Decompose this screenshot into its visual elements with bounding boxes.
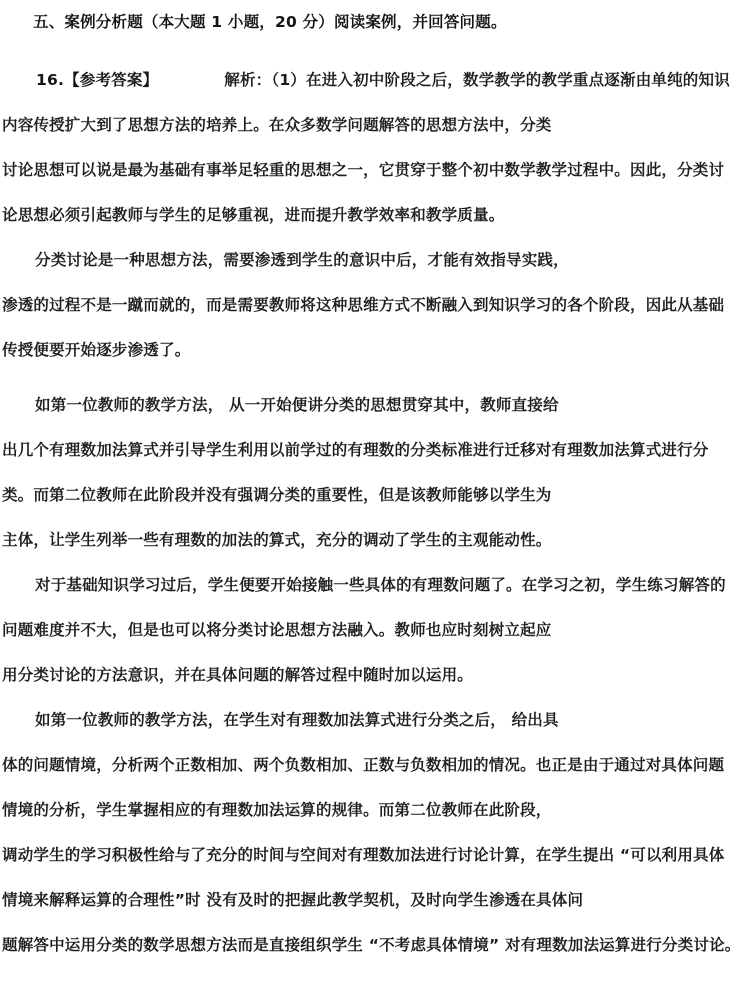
- body-line: 调动学生的学习积极性给与了充分的时间与空间对有理数加法进行讨论计算，在学生提出 …: [2, 833, 739, 878]
- body-line: 论思想必须引起教师与学生的足够重视，进而提升教学效率和教学质量。: [2, 193, 739, 238]
- body-line: 题解答中运用分类的数学思想方法而是直接组织学生 “不考虑具体情境” 对有理数加法…: [2, 923, 739, 968]
- body-line: 如第一位教师的教学方法， 从一开始便讲分类的思想贯穿其中，教师直接给: [2, 383, 739, 428]
- body-line: 传授便要开始逐步渗透了。: [2, 328, 739, 373]
- body-line: 情境的分析，学生掌握相应的有理数加法运算的规律。而第二位教师在此阶段，: [2, 788, 739, 833]
- body-line: 渗透的过程不是一蹴而就的，而是需要教师将这种思维方式不断融入到知识学习的各个阶段…: [2, 283, 739, 328]
- body-line: 用分类讨论的方法意识，并在具体问题的解答过程中随时加以运用。: [2, 653, 739, 698]
- document-page: 五、案例分析题（本大题 1 小题，20 分）阅读案例，并回答问题。 16.【参考…: [0, 0, 739, 989]
- body-line: 对于基础知识学习过后，学生便要开始接触一些具体的有理数问题了。在学习之初，学生练…: [2, 563, 739, 608]
- body-line: 体的问题情境，分析两个正数相加、两个负数相加、正数与负数相加的情况。也正是由于通…: [2, 743, 739, 788]
- body-line: 内容传授扩大到了思想方法的培养上。在众多数学问题解答的思想方法中，分类: [2, 103, 739, 148]
- section-heading: 五、案例分析题（本大题 1 小题，20 分）阅读案例，并回答问题。: [2, 0, 739, 45]
- answer-number-label: 16.【参考答案】: [36, 71, 158, 89]
- body-line: 类。而第二位教师在此阶段并没有强调分类的重要性，但是该教师能够以学生为: [2, 473, 739, 518]
- body-line: 出几个有理数加法算式并引导学生利用以前学过的有理数的分类标准进行迁移对有理数加法…: [2, 428, 739, 473]
- body-line: 分类讨论是一种思想方法，需要渗透到学生的意识中后，才能有效指导实践，: [2, 238, 739, 283]
- analysis-lead-text: 解析：（1）在进入初中阶段之后，数学教学的教学重点逐渐由单纯的知识: [224, 71, 730, 89]
- body-line: 如第一位教师的教学方法，在学生对有理数加法算式进行分类之后， 给出具: [2, 698, 739, 743]
- body-line: 情境来解释运算的合理性”时 没有及时的把握此教学契机，及时向学生渗透在具体问: [2, 878, 739, 923]
- body-line: 主体，让学生列举一些有理数的加法的算式，充分的调动了学生的主观能动性。: [2, 518, 739, 563]
- answer-line: 16.【参考答案】解析：（1）在进入初中阶段之后，数学教学的教学重点逐渐由单纯的…: [2, 58, 739, 103]
- body-line: 问题难度并不大，但是也可以将分类讨论思想方法融入。教师也应时刻树立起应: [2, 608, 739, 653]
- body-line: 讨论思想可以说是最为基础有事举足轻重的思想之一，它贯穿于整个初中数学教学过程中。…: [2, 148, 739, 193]
